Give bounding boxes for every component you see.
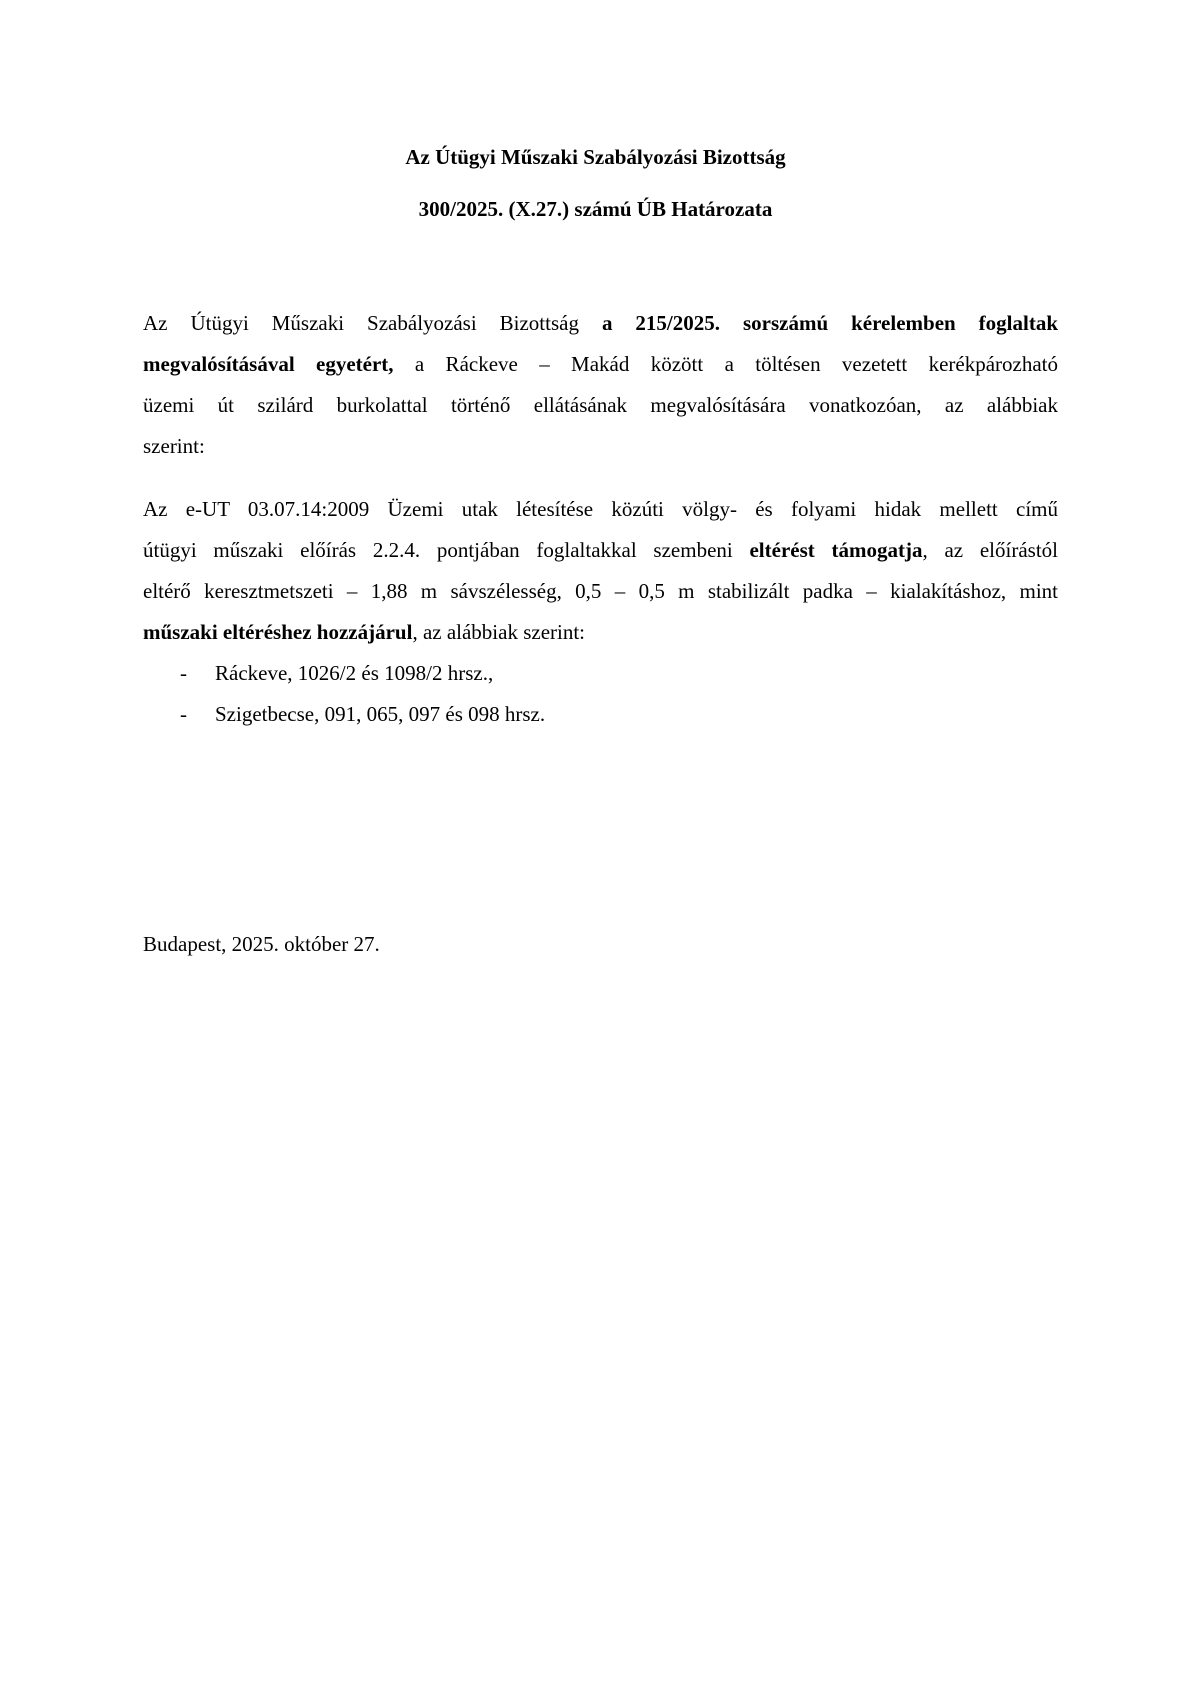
bold-run: műszaki eltéréshez hozzájárul	[143, 620, 412, 644]
text-run: útügyi műszaki előírás 2.2.4. pontjában …	[143, 538, 749, 562]
text-run: , az előírástól	[922, 538, 1058, 562]
list-item: Szigetbecse, 091, 065, 097 és 098 hrsz.	[215, 702, 545, 726]
list-item: Ráckeve, 1026/2 és 1098/2 hrsz.,	[215, 661, 493, 685]
text-run: a Ráckeve – Makád között a töltésen veze…	[394, 352, 1058, 376]
paragraph-1-line-3: üzemi út szilárd burkolattal történő ell…	[143, 393, 1058, 417]
list-marker: -	[180, 702, 187, 726]
paragraph-2-line-1: Az e-UT 03.07.14:2009 Üzemi utak létesít…	[143, 497, 1058, 521]
paragraph-2-line-3: eltérő keresztmetszeti – 1,88 m sávszéle…	[143, 579, 1058, 603]
paragraph-2-line-4: műszaki eltéréshez hozzájárul, az alábbi…	[143, 620, 1058, 644]
paragraph-2-line-2: útügyi műszaki előírás 2.2.4. pontjában …	[143, 538, 1058, 562]
document-title: Az Útügyi Műszaki Szabályozási Bizottság	[0, 145, 1191, 169]
bold-run: a 215/2025. sorszámú kérelemben foglalta…	[602, 311, 1058, 335]
paragraph-1-line-1: Az Útügyi Műszaki Szabályozási Bizottság…	[143, 311, 1058, 335]
paragraph-1-line-4: szerint:	[143, 434, 1058, 458]
place-and-date: Budapest, 2025. október 27.	[143, 932, 1058, 956]
resolution-number: 300/2025. (X.27.) számú ÚB Határozata	[0, 197, 1191, 221]
text-run: Az Útügyi Műszaki Szabályozási Bizottság	[143, 311, 602, 335]
document-page: Az Útügyi Műszaki Szabályozási Bizottság…	[0, 0, 1191, 1684]
paragraph-1-line-2: megvalósításával egyetért, a Ráckeve – M…	[143, 352, 1058, 376]
bold-run: eltérést támogatja	[749, 538, 922, 562]
list-marker: -	[180, 661, 187, 685]
text-run: , az alábbiak szerint:	[412, 620, 585, 644]
bold-run: megvalósításával egyetért,	[143, 352, 394, 376]
